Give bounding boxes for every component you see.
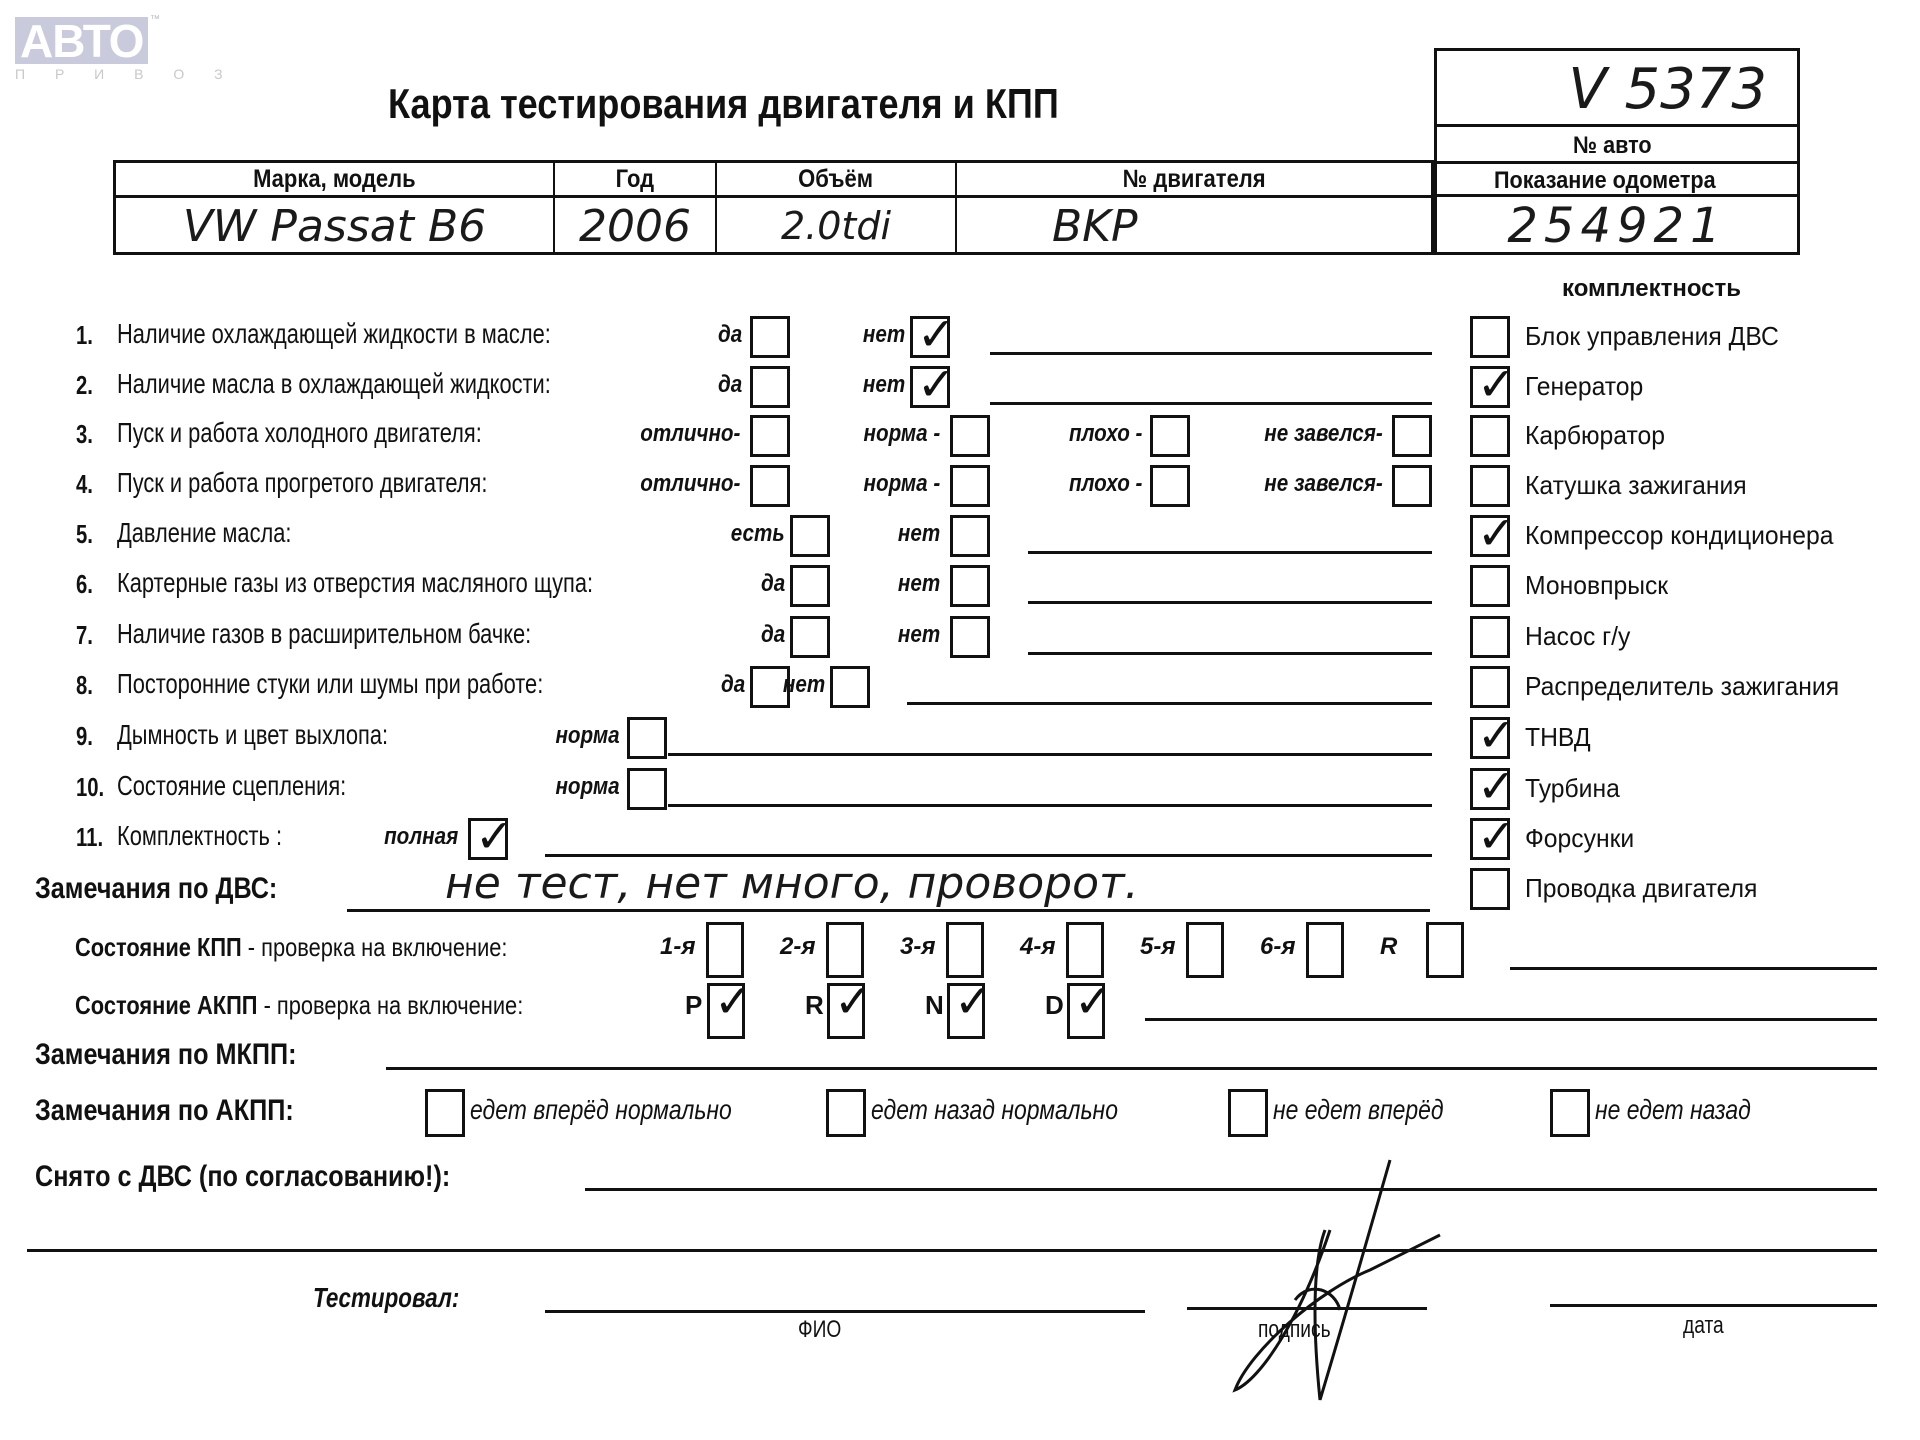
checkmark-icon: ✓ <box>1477 712 1516 758</box>
option-checkbox[interactable] <box>950 616 990 658</box>
completeness-item-label: Турбина <box>1525 773 1625 804</box>
option-label: нет <box>740 621 940 649</box>
akpp-position-checkbox[interactable]: ✓ <box>827 983 865 1039</box>
completeness-item-label: Распределитель зажигания <box>1525 671 1856 702</box>
completeness-item-label: Карбюратор <box>1525 420 1672 451</box>
akpp-remark-label: не едет вперёд <box>1273 1094 1481 1126</box>
option-checkbox[interactable]: ✓ <box>468 818 508 860</box>
gear-label: R <box>1380 933 1397 961</box>
question-number: 9. <box>76 721 98 752</box>
gear-label: 4-я <box>1020 933 1055 961</box>
option-label: нет <box>740 570 940 598</box>
notes-line[interactable] <box>668 804 1432 807</box>
akpp-remark-checkbox[interactable] <box>1228 1089 1268 1137</box>
completeness-checkbox[interactable]: ✓ <box>1470 818 1510 860</box>
question-label: Состояние сцепления: <box>117 770 411 802</box>
option-checkbox[interactable] <box>627 717 667 759</box>
volume-value[interactable]: 2.0tdi <box>717 198 955 255</box>
odometer-value[interactable]: 254921 <box>1437 194 1797 255</box>
completeness-checkbox[interactable]: ✓ <box>1470 717 1510 759</box>
option-checkbox[interactable] <box>830 666 870 708</box>
completeness-item-label: Моновпрыск <box>1525 570 1676 601</box>
question-number: 10. <box>76 772 112 803</box>
question-label: Пуск и работа холодного двигателя: <box>117 417 585 449</box>
page-title: Карта тестирования двигателя и КПП <box>388 80 1168 128</box>
notes-line[interactable] <box>1028 551 1432 554</box>
akpp-remarks-label: Замечания по АКПП: <box>35 1094 343 1128</box>
date-caption: дата <box>1683 1312 1734 1340</box>
completeness-checkbox[interactable] <box>1470 666 1510 708</box>
auto-number-label: № авто <box>1437 124 1797 164</box>
akpp-position-label: R <box>805 990 824 1021</box>
option-checkbox[interactable] <box>627 768 667 810</box>
option-checkbox[interactable] <box>1392 415 1432 457</box>
notes-line[interactable] <box>990 352 1432 355</box>
completeness-checkbox[interactable] <box>1470 465 1510 507</box>
akpp-remark-label: едет вперёд нормально <box>470 1094 789 1126</box>
completeness-checkbox[interactable] <box>1470 868 1510 910</box>
completeness-item-label: Компрессор кондиционера <box>1525 520 1850 551</box>
option-checkbox[interactable]: ✓ <box>910 316 950 358</box>
akpp-remark-label: не едет назад <box>1595 1094 1785 1126</box>
engine-remarks-label: Замечания по ДВС: <box>35 872 323 906</box>
notes-line[interactable] <box>1028 652 1432 655</box>
akpp-remark-checkbox[interactable] <box>1550 1089 1590 1137</box>
checkmark-icon: ✓ <box>1477 361 1516 407</box>
option-label: плохо - <box>942 420 1142 448</box>
option-label: отлично- <box>540 470 740 498</box>
option-checkbox[interactable]: ✓ <box>910 366 950 408</box>
notes-line[interactable] <box>545 854 1432 857</box>
option-label: не завелся- <box>1183 420 1383 448</box>
option-checkbox[interactable] <box>950 515 990 557</box>
auto-number-value[interactable]: V 5373 <box>1437 55 1797 125</box>
question-number: 5. <box>76 519 98 550</box>
option-label: не завелся- <box>1183 470 1383 498</box>
gear-checkbox[interactable] <box>1426 922 1464 978</box>
akpp-position-label: D <box>1045 990 1064 1021</box>
question-number: 7. <box>76 620 98 651</box>
year-column: Год 2006 <box>553 163 715 252</box>
akpp-remark-label: едет назад нормально <box>871 1094 1172 1126</box>
question-number: 4. <box>76 469 98 500</box>
mkpp-remarks-line <box>386 1067 1877 1070</box>
completeness-checkbox[interactable] <box>1470 316 1510 358</box>
vehicle-table: Марка, модель VW Passat B6 Год 2006 Объё… <box>113 160 1434 255</box>
year-header: Год <box>555 163 715 198</box>
completeness-item-label: Насос г/у <box>1525 621 1636 652</box>
gear-checkbox[interactable] <box>1186 922 1224 978</box>
notes-line[interactable] <box>907 702 1432 705</box>
checkmark-icon: ✓ <box>834 978 873 1024</box>
question-label: Дымность и цвет выхлопа: <box>117 719 465 751</box>
question-label: Наличие газов в расширительном бачке: <box>117 618 648 650</box>
notes-line[interactable] <box>1028 601 1432 604</box>
signature-scribble <box>1200 1150 1460 1410</box>
akpp-remark-checkbox[interactable] <box>425 1089 465 1137</box>
odometer-label: Показание одометра <box>1437 161 1797 197</box>
completeness-title: комплектность <box>1562 275 1741 303</box>
make-model-header: Марка, модель <box>116 163 553 198</box>
completeness-item-label: Блок управления ДВС <box>1525 321 1792 352</box>
logo-trademark: ™ <box>150 14 160 25</box>
akpp-position-label: N <box>925 990 944 1021</box>
akpp-position-checkbox[interactable]: ✓ <box>947 983 985 1039</box>
question-label: Давление масла: <box>117 517 341 549</box>
option-label: отлично- <box>540 420 740 448</box>
option-checkbox[interactable] <box>950 565 990 607</box>
completeness-checkbox[interactable]: ✓ <box>1470 515 1510 557</box>
gear-checkbox[interactable] <box>1306 922 1344 978</box>
completeness-item-label: Проводка двигателя <box>1525 873 1770 904</box>
question-number: 11. <box>76 822 111 853</box>
question-label: Пуск и работа прогретого двигателя: <box>117 467 592 499</box>
engine-number-column: № двигателя BKP <box>955 163 1431 252</box>
date-line[interactable] <box>1550 1304 1877 1307</box>
checkmark-icon: ✓ <box>475 813 514 859</box>
volume-column: Объём 2.0tdi <box>715 163 955 252</box>
name-caption: ФИО <box>798 1316 852 1344</box>
question-number: 1. <box>76 320 98 351</box>
completeness-checkbox[interactable] <box>1470 415 1510 457</box>
gear-label: 2-я <box>780 933 815 961</box>
checkmark-icon: ✓ <box>1477 763 1516 809</box>
completeness-checkbox[interactable] <box>1470 616 1510 658</box>
gear-checkbox[interactable] <box>946 922 984 978</box>
notes-line[interactable] <box>990 402 1432 405</box>
removed-label: Снято с ДВС (по согласованию!): <box>35 1160 529 1194</box>
volume-header: Объём <box>717 163 955 198</box>
kpp-line <box>1510 967 1877 970</box>
gear-label: 5-я <box>1140 933 1175 961</box>
tested-by-label: Тестировал: <box>313 1282 496 1314</box>
logo-tagline: П Р И В О З <box>15 66 236 82</box>
completeness-checkbox[interactable] <box>1470 565 1510 607</box>
engine-remarks-value[interactable]: не тест, нет много, проворот. <box>445 858 1139 909</box>
checkmark-icon: ✓ <box>1074 978 1113 1024</box>
engine-number-header: № двигателя <box>957 163 1431 198</box>
make-model-column: Марка, модель VW Passat B6 <box>116 163 553 252</box>
completeness-item-label: Форсунки <box>1525 823 1640 854</box>
engine-number-value[interactable]: BKP <box>957 198 1431 255</box>
akpp-remark-checkbox[interactable] <box>826 1089 866 1137</box>
completeness-checkbox[interactable]: ✓ <box>1470 366 1510 408</box>
option-label: нет <box>625 671 825 699</box>
completeness-checkbox[interactable]: ✓ <box>1470 768 1510 810</box>
akpp-position-checkbox[interactable]: ✓ <box>707 983 745 1039</box>
checkmark-icon: ✓ <box>954 978 993 1024</box>
engine-remarks-line <box>347 909 1430 912</box>
checkmark-icon: ✓ <box>917 311 956 357</box>
option-label: нет <box>740 520 940 548</box>
question-number: 2. <box>76 370 98 401</box>
option-label: нет <box>705 321 905 349</box>
option-label: норма - <box>740 470 940 498</box>
checkmark-icon: ✓ <box>1477 813 1516 859</box>
akpp-line <box>1145 1018 1877 1021</box>
completeness-item-label: Генератор <box>1525 371 1650 402</box>
akpp-label: Состояние АКПП - проверка на включение: <box>75 990 609 1021</box>
completeness-item-label: Катушка зажигания <box>1525 470 1758 501</box>
completeness-item-label: ТНВД <box>1525 722 1594 753</box>
kpp-label: Состояние КПП - проверка на включение: <box>75 932 590 963</box>
question-number: 3. <box>76 419 98 450</box>
option-label: норма - <box>740 420 940 448</box>
option-label: норма <box>420 722 620 750</box>
option-label: нет <box>705 371 905 399</box>
question-number: 6. <box>76 569 98 600</box>
checkmark-icon: ✓ <box>714 978 753 1024</box>
gear-label: 3-я <box>900 933 935 961</box>
option-label: норма <box>420 773 620 801</box>
make-model-value[interactable]: VW Passat B6 <box>116 198 553 255</box>
checkmark-icon: ✓ <box>1477 510 1516 556</box>
option-label: полная <box>258 823 458 851</box>
notes-line[interactable] <box>668 753 1432 756</box>
auto-info-box: V 5373 № авто Показание одометра 254921 <box>1434 48 1800 255</box>
mkpp-remarks-label: Замечания по МКПП: <box>35 1038 346 1072</box>
option-checkbox[interactable] <box>1392 465 1432 507</box>
checkmark-icon: ✓ <box>917 361 956 407</box>
gear-checkbox[interactable] <box>706 922 744 978</box>
akpp-position-label: P <box>685 990 702 1021</box>
option-label: плохо - <box>942 470 1142 498</box>
year-value[interactable]: 2006 <box>555 198 715 255</box>
logo-brand: АВТО <box>20 14 143 68</box>
removed-line-2 <box>27 1249 1877 1252</box>
gear-checkbox[interactable] <box>1066 922 1104 978</box>
gear-label: 1-я <box>660 933 695 961</box>
question-number: 8. <box>76 670 98 701</box>
gear-label: 6-я <box>1260 933 1295 961</box>
akpp-position-checkbox[interactable]: ✓ <box>1067 983 1105 1039</box>
name-line[interactable] <box>545 1310 1145 1313</box>
gear-checkbox[interactable] <box>826 922 864 978</box>
